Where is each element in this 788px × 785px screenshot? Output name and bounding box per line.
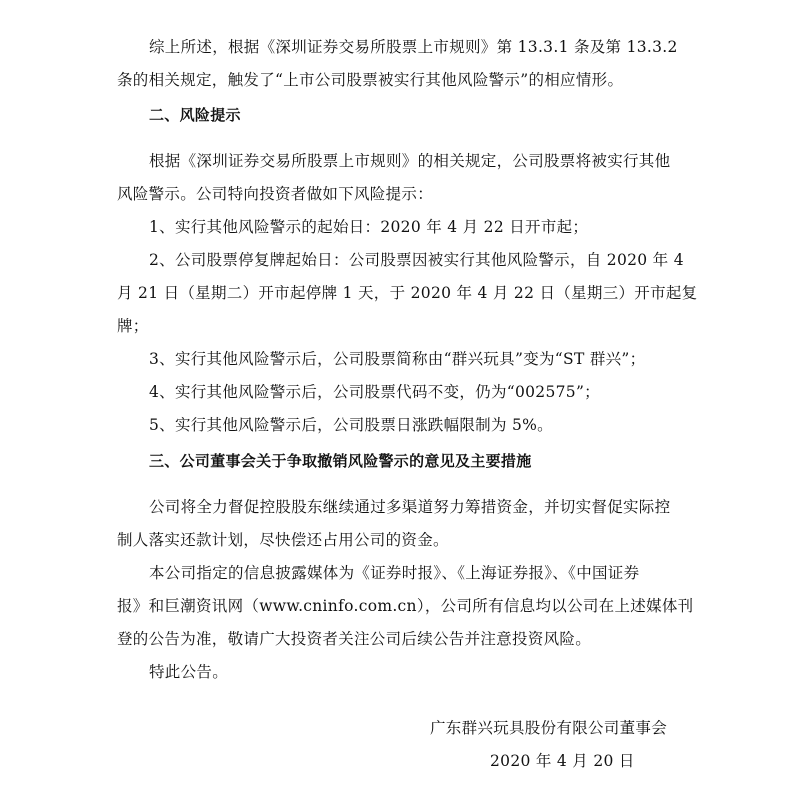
risk-item-1: 1、实行其他风险警示的起始日：2020 年 4 月 22 日开市起；	[149, 217, 588, 237]
closing-text: 特此公告。	[149, 662, 228, 682]
section2-intro-line-1: 根据《深圳证券交易所股票上市规则》的相关规定，公司股票将被实行其他	[149, 151, 670, 171]
risk-item-5: 5、实行其他风险警示后，公司股票日涨跌幅限制为 5%。	[149, 415, 553, 435]
section3-p1-line-1: 公司将全力督促控股股东继续通过多渠道努力筹措资金，并切实督促实际控	[149, 497, 670, 517]
section2-intro-line-2: 风险警示。公司特向投资者做如下风险提示：	[117, 184, 433, 204]
signature-company: 广东群兴玩具股份有限公司董事会	[430, 718, 667, 738]
section2-heading: 二、风险提示	[149, 105, 241, 125]
conclusion-line-1: 综上所述，根据《深圳证券交易所股票上市规则》第 13.3.1 条及第 13.3.…	[149, 37, 678, 57]
risk-item-4: 4、实行其他风险警示后，公司股票代码不变，仍为“002575”；	[149, 382, 600, 402]
signature-date: 2020 年 4 月 20 日	[490, 751, 635, 771]
risk-item-2-line-1: 2、公司股票停复牌起始日：公司股票因被实行其他风险警示，自 2020 年 4	[149, 250, 684, 270]
section3-p2-line-2: 报》和巨潮资讯网（www.cninfo.com.cn），公司所有信息均以公司在上…	[117, 596, 693, 616]
section3-p1-line-2: 制人落实还款计划，尽快偿还占用公司的资金。	[117, 530, 449, 550]
risk-item-2-line-2: 月 21 日（星期二）开市起停牌 1 天，于 2020 年 4 月 22 日（星…	[117, 283, 698, 303]
section3-p2-line-1: 本公司指定的信息披露媒体为《证券时报》、《上海证券报》、《中国证券	[149, 563, 639, 583]
risk-item-2-line-3: 牌；	[117, 316, 149, 336]
risk-item-3: 3、实行其他风险警示后，公司股票简称由“群兴玩具”变为“ST 群兴”；	[149, 349, 645, 369]
section3-heading: 三、公司董事会关于争取撤销风险警示的意见及主要措施	[149, 451, 532, 471]
section3-p2-line-3: 登的公告为准，敬请广大投资者关注公司后续公告并注意投资风险。	[117, 629, 591, 649]
conclusion-line-2: 条的相关规定，触发了“上市公司股票被实行其他风险警示”的相应情形。	[117, 70, 623, 90]
